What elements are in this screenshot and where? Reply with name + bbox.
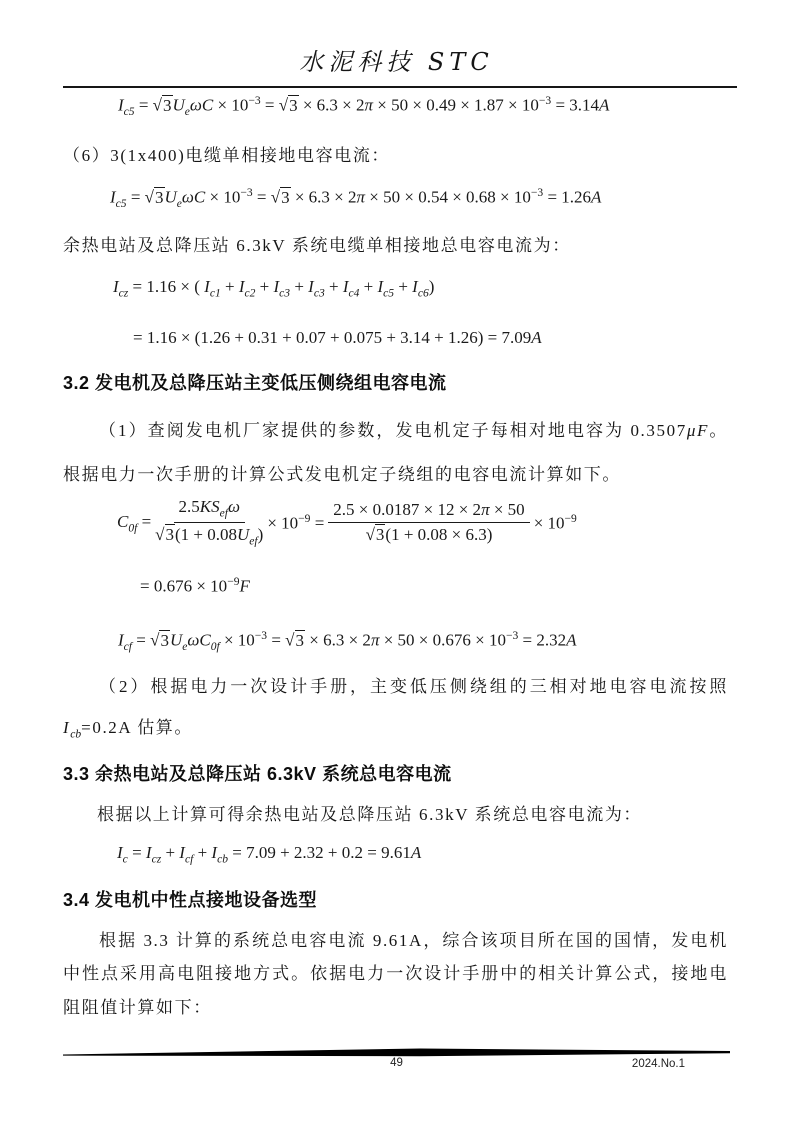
- heading-3-3: 3.3 余热电站及总降压站 6.3kV 系统总电容电流: [63, 760, 452, 786]
- formula-icf: Icf = √3UeωC0f × 10−3 = √3 × 6.3 × 2π × …: [118, 629, 577, 653]
- journal-title: 水泥科技 STC: [0, 42, 793, 77]
- heading-3-2: 3.2 发电机及总降压站主变低压侧绕组电容电流: [63, 369, 447, 395]
- formula-ic5-first: Ic5 = √3UeωC × 10−3 = √3 × 6.3 × 2π × 50…: [118, 94, 609, 118]
- journal-page: 水泥科技 STC Ic5 = √3UeωC × 10−3 = √3 × 6.3 …: [0, 0, 793, 1122]
- footer-issue: 2024.No.1: [632, 1058, 685, 1070]
- formula-icz-line1: Icz = 1.16 × ( Ic1 + Ic2 + Ic3 + Ic3 + I…: [113, 277, 434, 299]
- formula-ic-total: Ic = Icz + Icf + Icb = 7.09 + 2.32 + 0.2…: [117, 843, 421, 865]
- formula-c0f-mid: × 10−9 =: [267, 512, 324, 534]
- formula-c0f-fraction-symbolic: 2.5KSefω √3(1 + 0.08Uef): [155, 497, 263, 549]
- formula-c0f-fraction-numeric: 2.5 × 0.0187 × 12 × 2π × 50 √3(1 + 0.08 …: [328, 500, 529, 546]
- para-handbook: 根据电力一次手册的计算公式发电机定子绕组的电容电流计算如下。: [63, 460, 621, 485]
- formula-c0f-lhs: C0f =: [117, 512, 151, 534]
- para-34-line2: 中性点采用高电阻接地方式。依据电力一次设计手册中的相关计算公式，接地电: [63, 959, 728, 984]
- formula-c0f-result: = 0.676 × 10−9F: [140, 575, 250, 597]
- heading-3-4: 3.4 发电机中性点接地设备选型: [63, 886, 317, 912]
- para-item1: （1）查阅发电机厂家提供的参数，发电机定子每相对地电容为 0.3507μF。: [63, 416, 728, 441]
- fraction-denominator: √3(1 + 0.08Uef): [155, 523, 263, 548]
- para-item2: （2）根据电力一次设计手册，主变低压侧绕组的三相对地电容电流按照: [63, 672, 728, 697]
- para-34-line3: 阻阻值计算如下：: [63, 993, 212, 1018]
- footer-rule: [63, 1048, 730, 1057]
- para-cable-total: 余热电站及总降压站 6.3kV 系统电缆单相接地总电容电流为：: [63, 231, 571, 256]
- header-rule: [63, 86, 737, 88]
- formula-c0f: C0f = 2.5KSefω √3(1 + 0.08Uef) × 10−9 = …: [115, 497, 579, 549]
- fraction-denominator: √3(1 + 0.08 × 6.3): [366, 523, 493, 545]
- fraction-numerator: 2.5 × 0.0187 × 12 × 2π × 50: [328, 500, 529, 523]
- para-item6: （6）3(1x400)电缆单相接地电容电流：: [63, 141, 390, 166]
- para-sum33: 根据以上计算可得余热电站及总降压站 6.3kV 系统总电容电流为：: [97, 800, 642, 825]
- formula-c0f-tail: × 10−9: [534, 512, 577, 534]
- para-34-line1: 根据 3.3 计算的系统总电容电流 9.61A，综合该项目所在国的国情，发电机: [63, 926, 728, 951]
- formula-ic5-second: Ic5 = √3UeωC × 10−3 = √3 × 6.3 × 2π × 50…: [110, 186, 601, 210]
- formula-icz-line2: = 1.16 × (1.26 + 0.31 + 0.07 + 0.075 + 3…: [133, 328, 542, 348]
- para-icb: Icb=0.2A 估算。: [63, 713, 193, 740]
- fraction-numerator: 2.5KSefω: [174, 497, 245, 523]
